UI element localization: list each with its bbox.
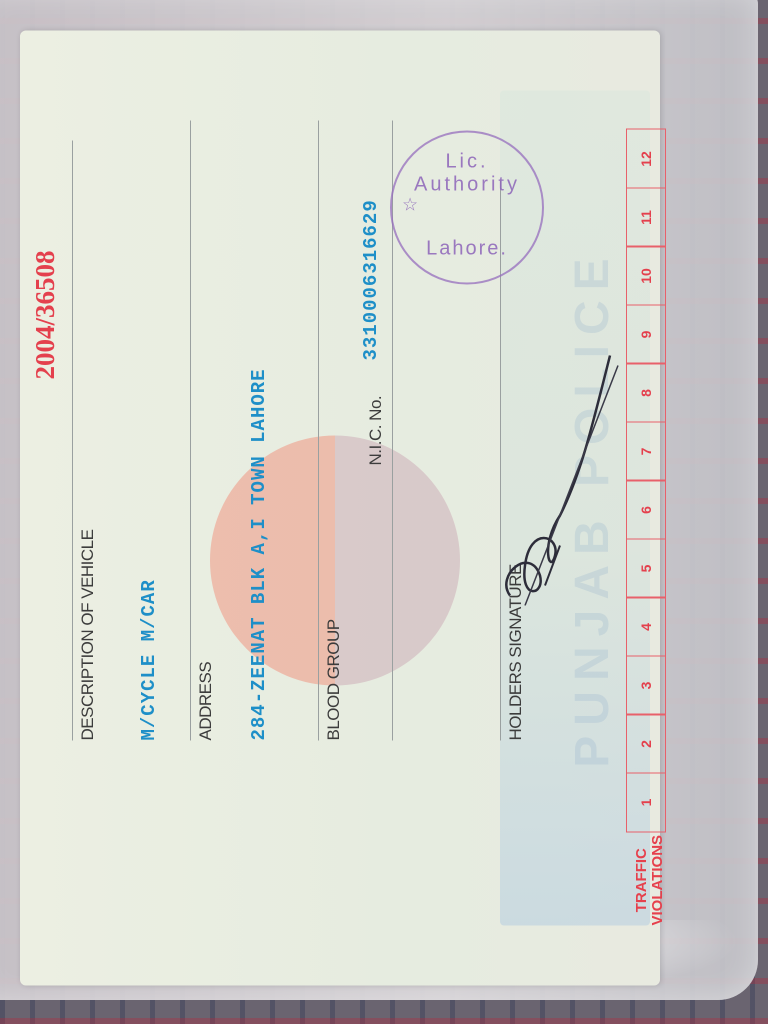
stamp-bottom-text: Lahore.: [392, 237, 542, 260]
divider: [190, 120, 191, 740]
licence-authority-stamp: Lic. Authority ☆ Lahore.: [390, 130, 544, 284]
violation-box: 2: [626, 713, 666, 773]
licence-card-wrapper: PUNJAB POLICE 2004/36508 DESCRIPTION OF …: [20, 30, 660, 985]
description-of-vehicle-value: M/CYCLE M/CAR: [138, 579, 160, 740]
violation-box: 12: [626, 128, 666, 188]
violation-box: 8: [626, 362, 666, 422]
address-value: 284-ZEENAT BLK A,I TOWN LAHORE: [248, 368, 270, 740]
blood-group-label: BLOOD GROUP: [324, 619, 344, 740]
stamp-top-text: Lic. Authority: [392, 150, 542, 196]
violation-box: 7: [626, 421, 666, 481]
description-of-vehicle-label: DESCRIPTION OF VEHICLE: [78, 529, 98, 740]
address-label: ADDRESS: [196, 661, 216, 740]
violation-box: 3: [626, 655, 666, 715]
traffic-violations-title: TRAFFIC VIOLATIONS: [634, 834, 666, 925]
holder-signature: [500, 345, 620, 605]
traffic-violations-title-line1: TRAFFIC: [634, 834, 650, 925]
divider: [72, 140, 73, 740]
violation-box: 4: [626, 596, 666, 656]
traffic-violations-title-line2: VIOLATIONS: [650, 834, 666, 925]
star-icon: ☆: [402, 194, 418, 215]
nic-label: N.I.C. No.: [366, 395, 386, 465]
traffic-violations: TRAFFIC VIOLATIONS 1 2 3 4 5 6 7 8 9 10 …: [626, 128, 666, 925]
violation-box: 11: [626, 187, 666, 247]
violation-box: 1: [626, 772, 666, 832]
nic-value: 3310006316629: [360, 199, 382, 360]
violation-box: 6: [626, 479, 666, 539]
divider: [318, 120, 319, 740]
licence-number: 2004/36508: [30, 250, 61, 379]
violation-box: 5: [626, 538, 666, 598]
violation-box: 9: [626, 304, 666, 364]
violation-box: 10: [626, 245, 666, 305]
driving-licence-card: PUNJAB POLICE 2004/36508 DESCRIPTION OF …: [20, 30, 660, 985]
